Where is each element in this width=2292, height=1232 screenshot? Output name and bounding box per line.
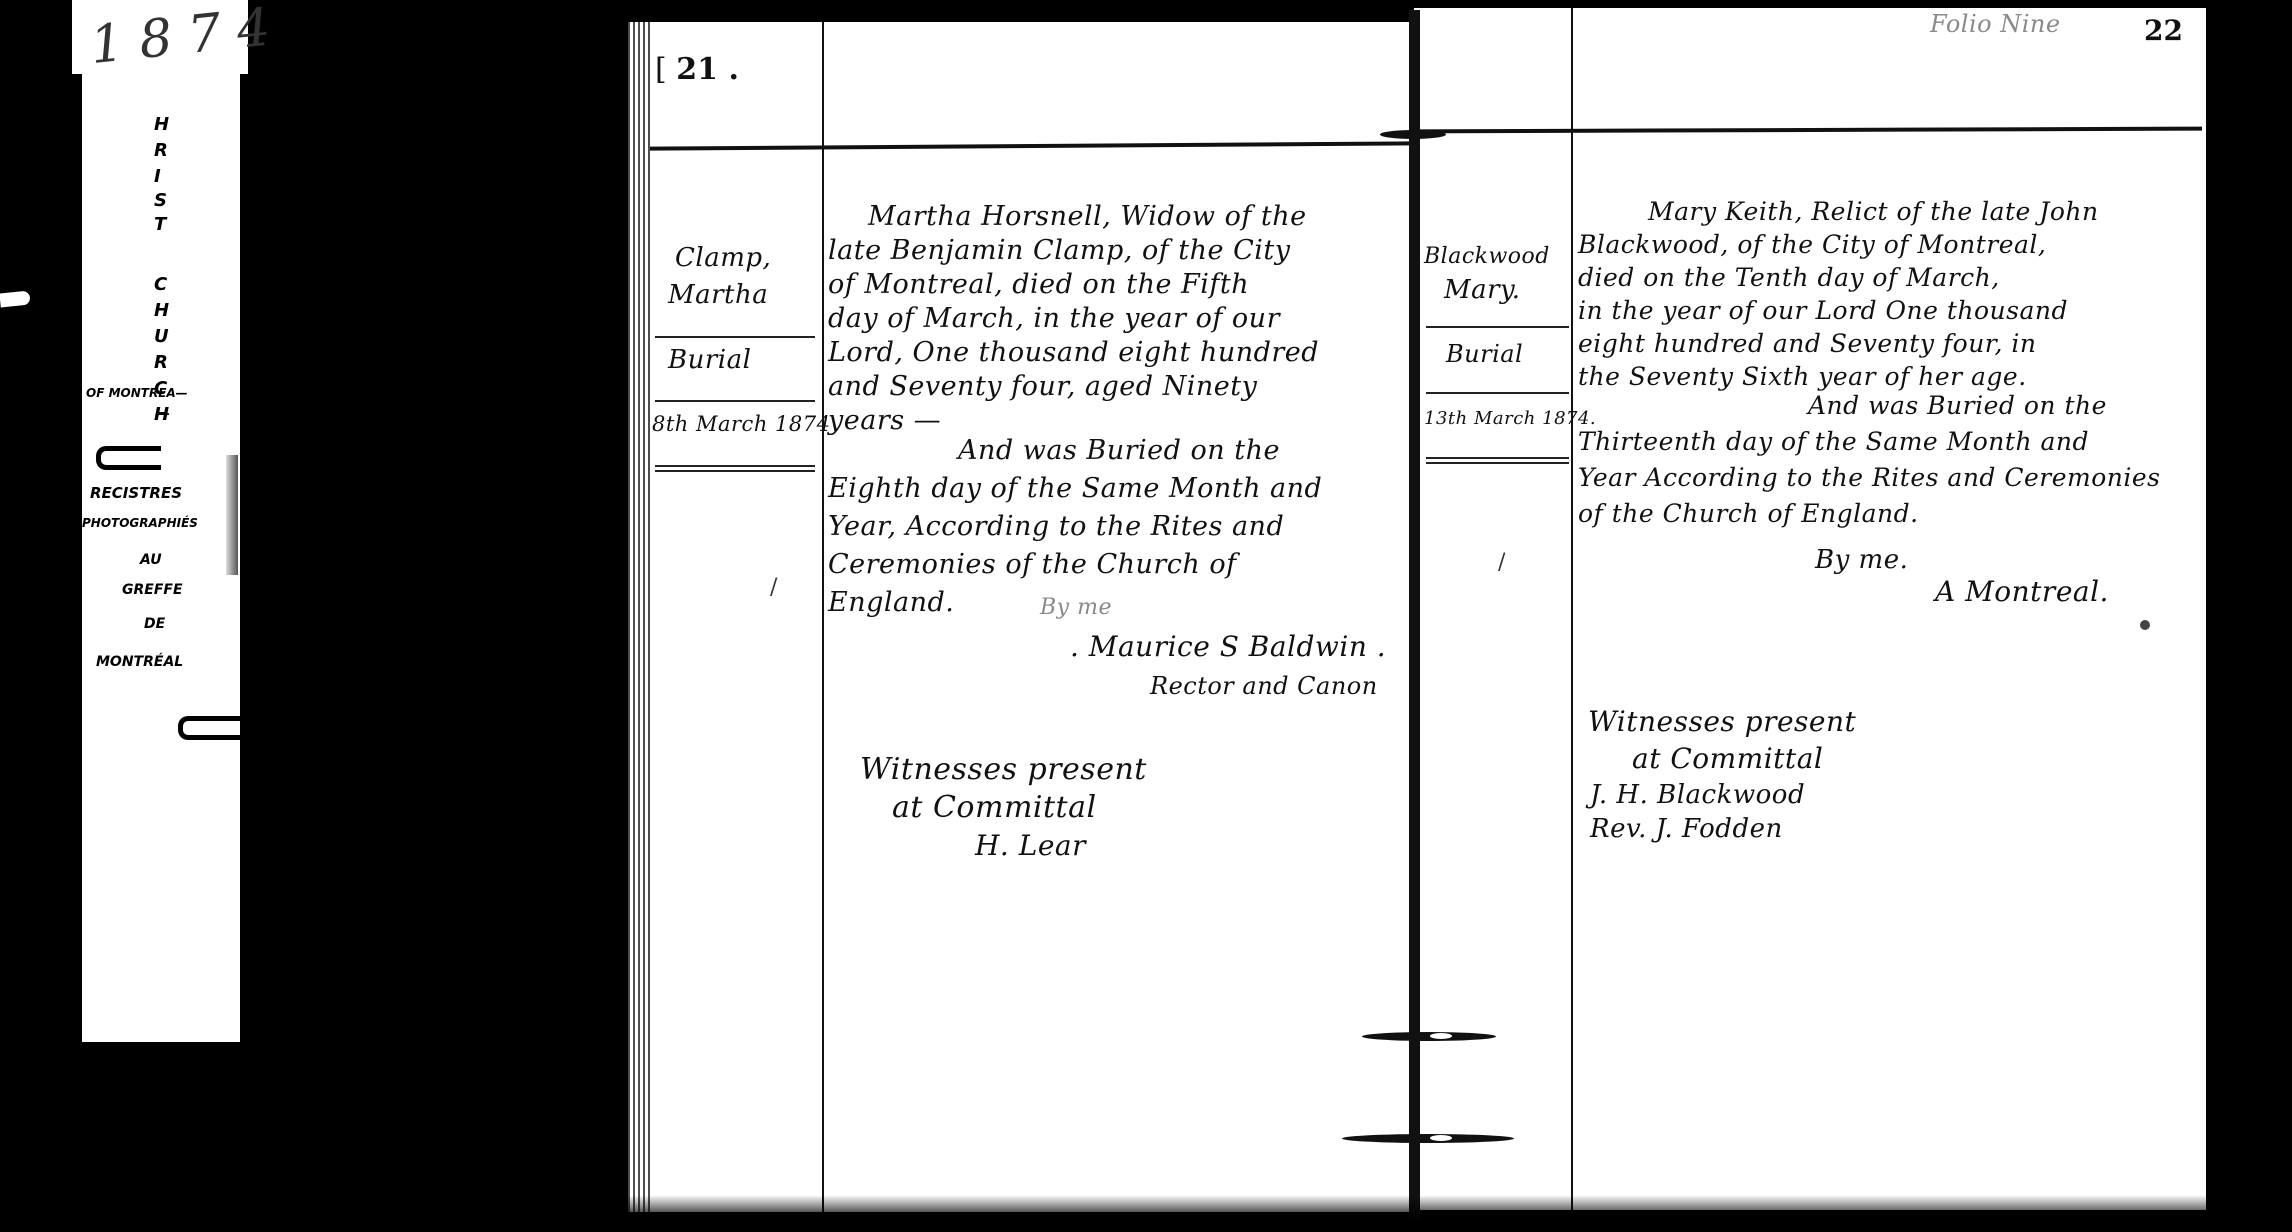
archive-label-strip: HRISTCHURCH OF MONTREA— — RECISTRESPHOTO…: [82, 74, 240, 1042]
burial-text-line: And was Buried on the: [828, 432, 1398, 470]
right-margin-rule: [1426, 462, 1569, 464]
paper-clip-icon: [96, 446, 161, 470]
entry-text-line: late Benjamin Clamp, of the City: [828, 234, 1398, 268]
left-margin-rule: [655, 400, 815, 402]
label-church-letter: U: [154, 326, 169, 347]
right-entry-date: 13th March 1874.: [1424, 408, 1596, 429]
witness-name: J. H. Blackwood: [1590, 778, 1805, 812]
label-church-letter: S: [154, 190, 167, 211]
archive-label-header: 1874: [72, 0, 248, 74]
left-page-stacked-edges: [628, 22, 650, 1212]
left-by-me: By me: [1040, 595, 1112, 620]
left-officiant-title: Rector and Canon: [1150, 672, 1378, 700]
right-column-divider: [1571, 8, 1573, 1210]
burial-text-line: Year According to the Rites and Ceremoni…: [1578, 460, 2198, 496]
witness-name: H. Lear: [975, 828, 1086, 864]
label-church-letter: H: [154, 300, 169, 321]
staple-eye: [1430, 1033, 1452, 1039]
paper-clip-icon: [178, 716, 241, 740]
entry-text-line: Martha Horsnell, Widow of the: [828, 200, 1398, 234]
right-page: [1414, 8, 2206, 1210]
burial-text-line: of the Church of England.: [1578, 496, 2198, 532]
label-of-montreal: OF MONTREA—: [86, 386, 188, 400]
label-dash: —: [156, 406, 170, 422]
left-page-number: [ 21 .: [655, 52, 739, 87]
right-tick-mark: /: [1498, 550, 1505, 575]
label-fold-shadow: [226, 455, 238, 575]
entry-text-line: Lord, One thousand eight hundred: [828, 336, 1398, 370]
label-stamp-line: AU: [140, 552, 162, 568]
entry-text-line: in the year of our Lord One thousand: [1578, 294, 2198, 327]
label-church-letter: T: [154, 214, 166, 235]
right-entry-body: Mary Keith, Relict of the late JohnBlack…: [1578, 195, 2198, 393]
burial-text-line: England.: [828, 584, 1398, 622]
label-year: 1874: [87, 0, 289, 76]
left-margin-rule: [655, 470, 815, 472]
burial-text-line: And was Buried on the: [1578, 388, 2198, 424]
page-number-21: 21: [676, 52, 718, 87]
folio-note: Folio Nine: [1930, 10, 2061, 38]
right-margin-rule: [1426, 326, 1569, 328]
witness-name: Rev. J. Fodden: [1590, 812, 1805, 846]
label-church-letter: C: [154, 274, 167, 295]
left-officiant-signature: . Maurice S Baldwin .: [1070, 630, 1386, 663]
right-entry-given-name: Mary.: [1444, 275, 1521, 305]
right-page-number: 22: [2144, 14, 2183, 47]
staple-icon: [1362, 1032, 1496, 1041]
label-stamp-line: DE: [144, 616, 165, 632]
spine-binding-knot: [1380, 130, 1446, 139]
right-officiant-signature: A Montreal.: [1935, 575, 2109, 608]
label-church-letter: I: [154, 166, 161, 187]
entry-text-line: died on the Tenth day of March,: [1578, 261, 2198, 294]
burial-text-line: Eighth day of the Same Month and: [828, 470, 1398, 508]
label-stamp-line: PHOTOGRAPHIÉS: [82, 516, 198, 530]
ink-blot: [2140, 620, 2150, 630]
left-witness-list: H. Lear: [975, 828, 1086, 864]
left-entry-body: Martha Horsnell, Widow of thelate Benjam…: [828, 200, 1398, 438]
entry-text-line: and Seventy four, aged Ninety: [828, 370, 1398, 404]
stray-mark: [0, 290, 31, 307]
right-witnesses-heading: Witnesses present: [1588, 705, 1856, 738]
entry-text-line: Blackwood, of the City of Montreal,: [1578, 228, 2198, 261]
left-entry-given-name: Martha: [668, 280, 768, 310]
burial-text-line: Thirteenth day of the Same Month and: [1578, 424, 2198, 460]
right-witnesses-sub: at Committal: [1632, 742, 1823, 775]
entry-text-line: of Montreal, died on the Fifth: [828, 268, 1398, 302]
label-church-letter: R: [154, 140, 168, 161]
left-tick-mark: /: [770, 575, 777, 600]
right-by-me: By me.: [1815, 545, 1908, 575]
left-entry-burial-text: And was Buried on theEighth day of the S…: [828, 432, 1398, 622]
entry-text-line: Mary Keith, Relict of the late John: [1578, 195, 2198, 228]
right-witness-list: J. H. BlackwoodRev. J. Fodden: [1590, 778, 1805, 846]
right-entry-surname: Blackwood: [1424, 244, 1550, 269]
page-bottom-shadow: [628, 1195, 2206, 1232]
left-entry-type: Burial: [668, 345, 751, 375]
label-church-letter: H: [154, 114, 169, 135]
entry-text-line: eight hundred and Seventy four, in: [1578, 327, 2198, 360]
entry-text-line: day of March, in the year of our: [828, 302, 1398, 336]
staple-eye: [1430, 1135, 1452, 1141]
label-church-letter: R: [154, 352, 168, 373]
burial-text-line: Year, According to the Rites and: [828, 508, 1398, 546]
label-stamp-line: MONTRÉAL: [96, 654, 183, 670]
left-witnesses-sub: at Committal: [892, 790, 1097, 825]
burial-text-line: Ceremonies of the Church of: [828, 546, 1398, 584]
label-stamp-line: RECISTRES: [90, 484, 182, 502]
left-column-divider: [822, 22, 824, 1212]
left-margin-rule: [655, 336, 815, 338]
staple-icon: [1342, 1134, 1514, 1143]
right-entry-burial-text: And was Buried on theThirteenth day of t…: [1578, 388, 2198, 532]
right-entry-type: Burial: [1446, 340, 1523, 368]
left-entry-surname: Clamp,: [675, 243, 771, 273]
left-margin-rule: [655, 465, 815, 467]
right-margin-rule: [1426, 392, 1569, 394]
label-stamp-line: GREFFE: [122, 582, 183, 598]
left-witnesses-heading: Witnesses present: [860, 752, 1147, 787]
left-entry-date: 8th March 1874: [652, 412, 830, 436]
right-margin-rule: [1426, 457, 1569, 459]
